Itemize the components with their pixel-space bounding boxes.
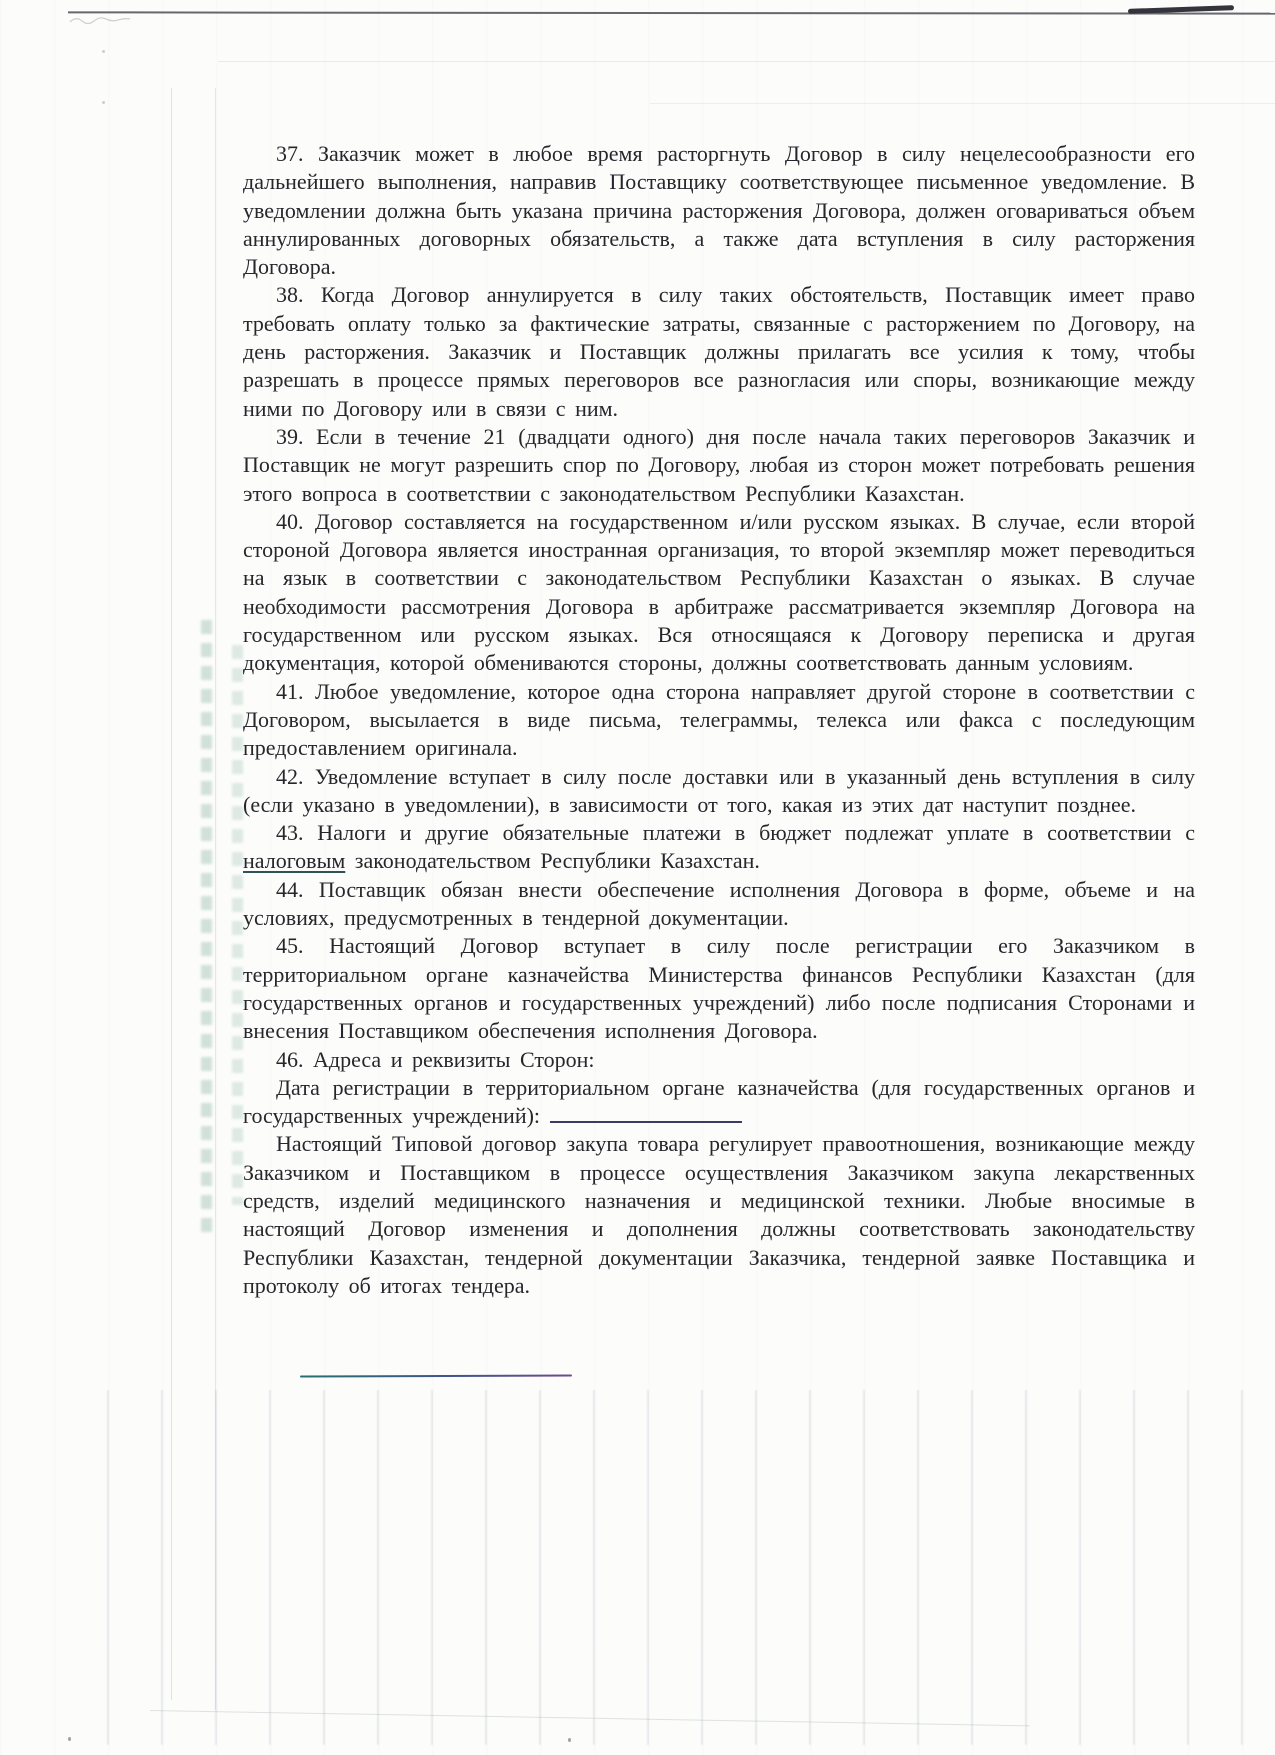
scan-speck <box>68 1737 71 1741</box>
scan-edge-line <box>68 11 1275 14</box>
paragraph-45: 45. Настоящий Договор вступает в силу по… <box>243 932 1195 1045</box>
bleed-through-horizontal-line <box>650 103 1275 104</box>
paragraph-44: 44. Поставщик обязан внести обеспечение … <box>243 876 1195 933</box>
contract-text-block: 37. Заказчик может в любое время расторг… <box>243 140 1195 1300</box>
paragraph-41: 41. Любое уведомление, которое одна стор… <box>243 678 1195 763</box>
bleed-through-columns <box>55 1390 1275 1745</box>
paragraph-43-text-after: законодательством Республики Казахстан. <box>345 848 760 873</box>
paragraph-40: 40. Договор составляется на государствен… <box>243 508 1195 678</box>
paragraph-final: Настоящий Типовой договор закупа товара … <box>243 1130 1195 1300</box>
paragraph-registration-date: Дата регистрации в территориальном орган… <box>243 1074 1195 1131</box>
paragraph-39: 39. Если в течение 21 (двадцати одного) … <box>243 423 1195 508</box>
underlined-word: налоговым <box>243 848 345 873</box>
blank-underline <box>550 1102 742 1123</box>
scan-speck <box>568 1738 571 1742</box>
scan-speck <box>102 101 105 104</box>
scan-speck <box>102 50 105 53</box>
paragraph-42: 42. Уведомление вступает в силу после до… <box>243 763 1195 820</box>
paragraph-46: 46. Адреса и реквизиты Сторон: <box>243 1046 1195 1074</box>
paragraph-43: 43. Налоги и другие обязательные платежи… <box>243 819 1195 876</box>
paragraph-43-text-before: 43. Налоги и другие обязательные платежи… <box>276 820 1195 845</box>
separator-line <box>300 1375 572 1378</box>
pencil-mark <box>68 13 138 29</box>
paragraph-38: 38. Когда Договор аннулируется в силу та… <box>243 281 1195 422</box>
bleed-through-vertical-text <box>201 620 212 1240</box>
bleed-through-vertical-text <box>232 645 243 1205</box>
paragraph-37: 37. Заказчик может в любое время расторг… <box>243 140 1195 281</box>
scanned-contract-page: 37. Заказчик может в любое время расторг… <box>0 0 1275 1755</box>
bleed-through-horizontal-line <box>218 61 1275 62</box>
